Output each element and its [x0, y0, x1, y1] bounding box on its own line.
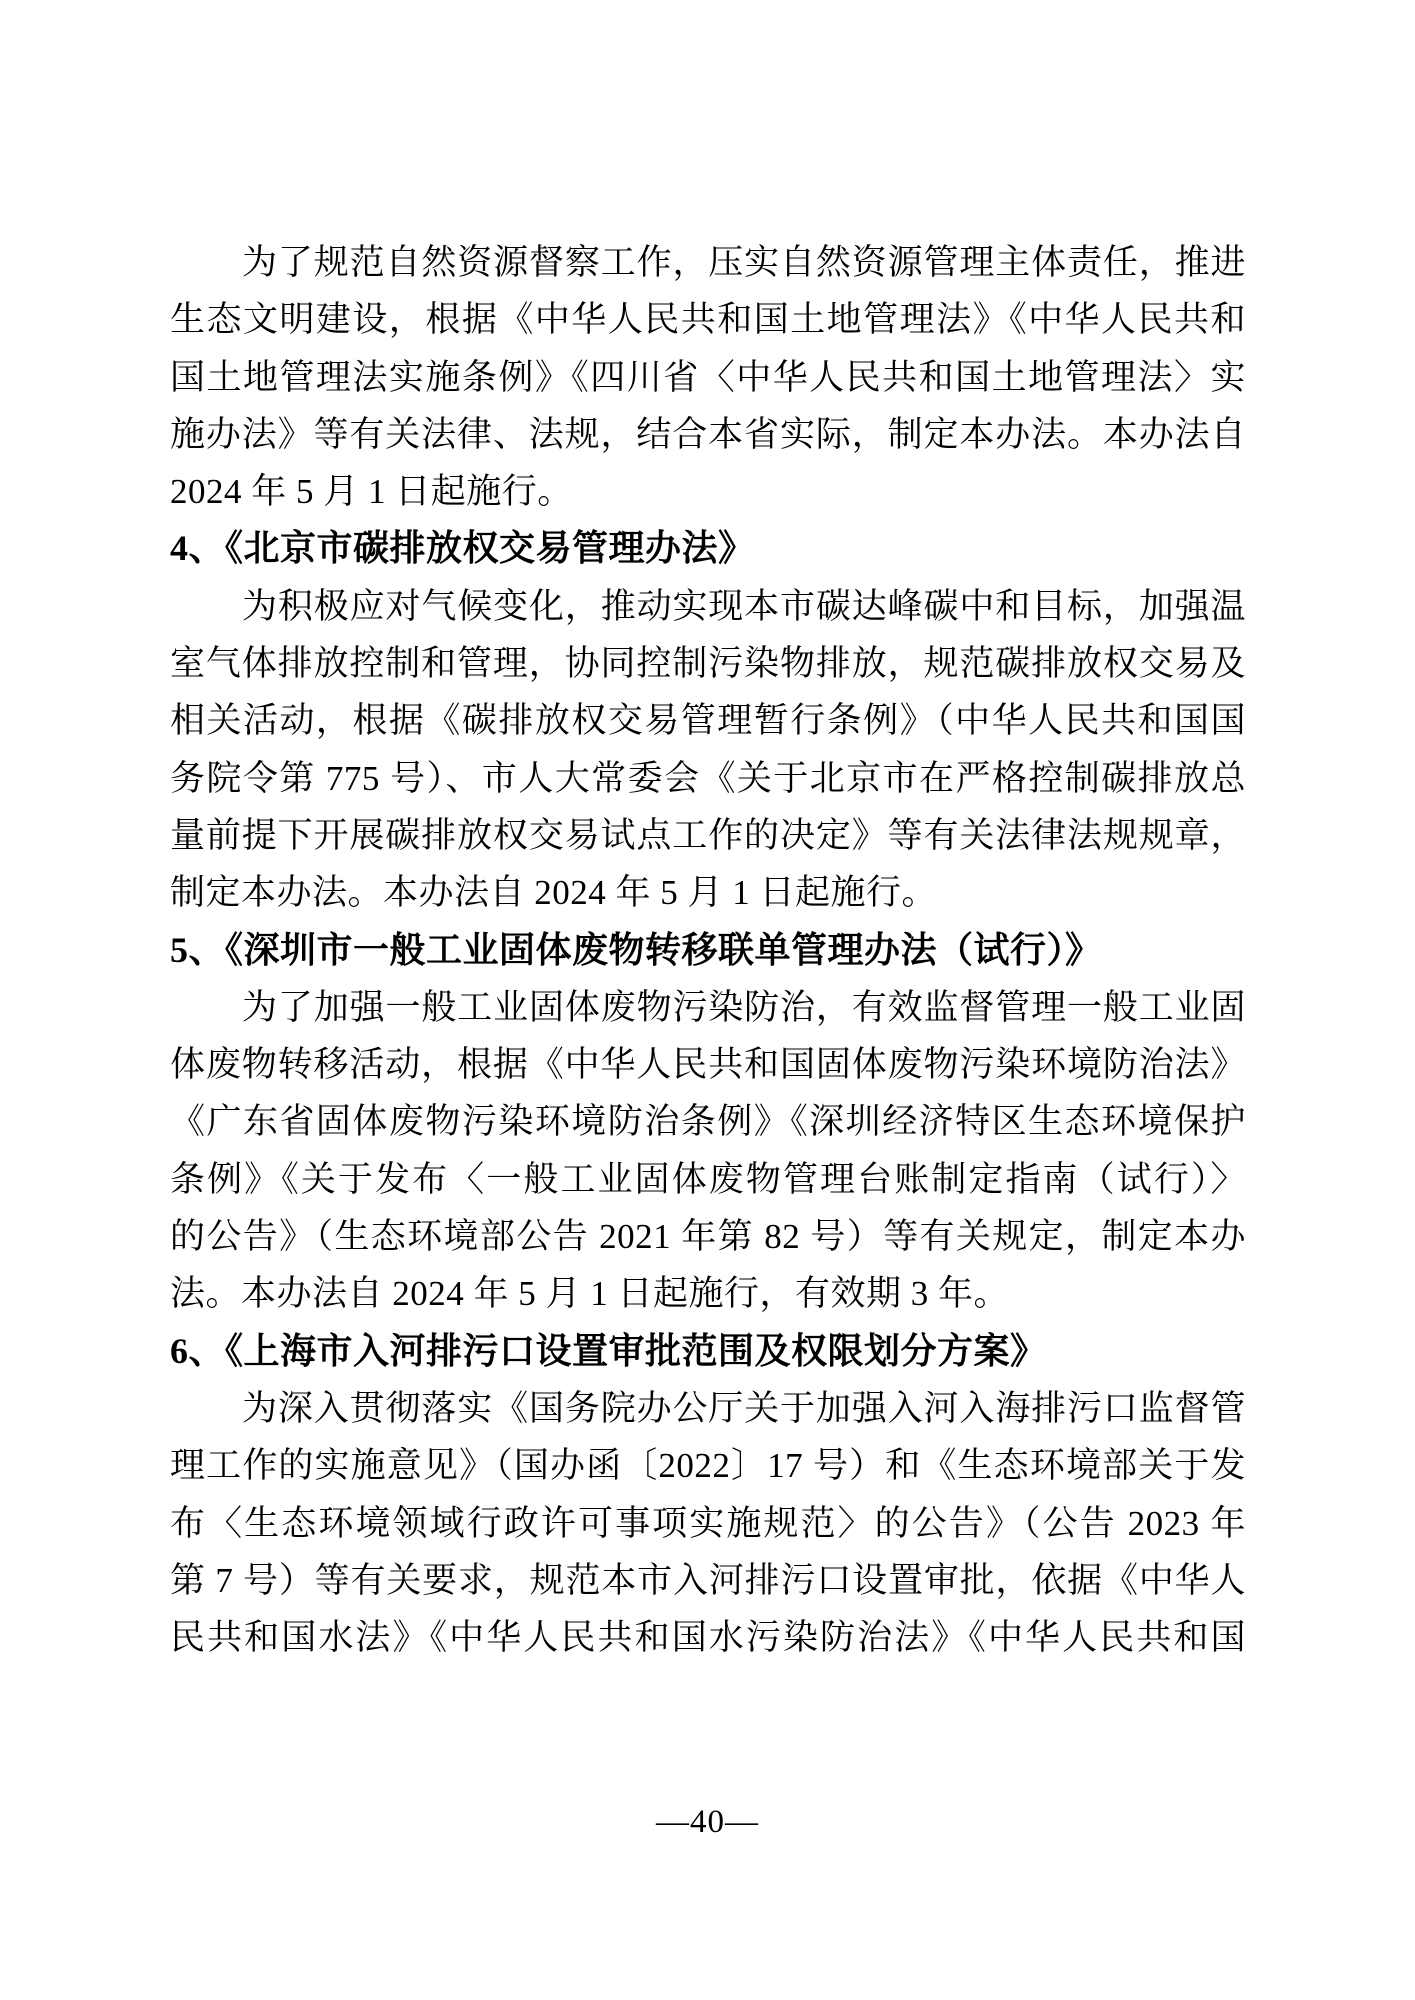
body-line: 法。本办法自 2024 年 5 月 1 日起施行，有效期 3 年。: [170, 1265, 1246, 1322]
body-line: 量前提下开展碳排放权交易试点工作的决定》等有关法律法规规章，: [170, 807, 1246, 864]
body-line: 为了规范自然资源督察工作，压实自然资源管理主体责任，推进: [170, 234, 1246, 291]
body-line: 布〈生态环境领域行政许可事项实施规范〉的公告》（公告 2023 年: [170, 1495, 1246, 1552]
body-line: 《广东省固体废物污染环境防治条例》《深圳经济特区生态环境保护: [170, 1093, 1246, 1150]
body-line: 国土地管理法实施条例》《四川省〈中华人民共和国土地管理法〉实: [170, 349, 1246, 406]
body-line: 为了加强一般工业固体废物污染防治，有效监督管理一般工业固: [170, 979, 1246, 1036]
body-line: 施办法》等有关法律、法规，结合本省实际，制定本办法。本办法自: [170, 406, 1246, 463]
section-heading-6: 6、《上海市入河排污口设置审批范围及权限划分方案》: [170, 1323, 1246, 1380]
document-page: 为了规范自然资源督察工作，压实自然资源管理主体责任，推进 生态文明建设，根据《中…: [0, 0, 1415, 2000]
body-line: 的公告》（生态环境部公告 2021 年第 82 号）等有关规定，制定本办: [170, 1208, 1246, 1265]
body-line: 室气体排放控制和管理，协同控制污染物排放，规范碳排放权交易及: [170, 635, 1246, 692]
section-heading-5: 5、《深圳市一般工业固体废物转移联单管理办法（试行）》: [170, 922, 1246, 979]
body-line: 制定本办法。本办法自 2024 年 5 月 1 日起施行。: [170, 864, 1246, 921]
body-line: 第 7 号）等有关要求，规范本市入河排污口设置审批，依据《中华人: [170, 1552, 1246, 1609]
body-line: 2024 年 5 月 1 日起施行。: [170, 463, 1246, 520]
body-line: 相关活动，根据《碳排放权交易管理暂行条例》（中华人民共和国国: [170, 692, 1246, 749]
document-body: 为了规范自然资源督察工作，压实自然资源管理主体责任，推进 生态文明建设，根据《中…: [170, 234, 1246, 1666]
body-line: 体废物转移活动，根据《中华人民共和国固体废物污染环境防治法》: [170, 1036, 1246, 1093]
body-line: 理工作的实施意见》（国办函〔2022〕17 号）和《生态环境部关于发: [170, 1437, 1246, 1494]
body-line: 为深入贯彻落实《国务院办公厅关于加强入河入海排污口监督管: [170, 1380, 1246, 1437]
section-heading-4: 4、《北京市碳排放权交易管理办法》: [170, 520, 1246, 577]
body-line: 民共和国水法》《中华人民共和国水污染防治法》《中华人民共和国: [170, 1609, 1246, 1666]
body-line: 生态文明建设，根据《中华人民共和国土地管理法》《中华人民共和: [170, 291, 1246, 348]
body-line: 为积极应对气候变化，推动实现本市碳达峰碳中和目标，加强温: [170, 578, 1246, 635]
page-number: —40—: [0, 1800, 1415, 1844]
body-line: 条例》《关于发布〈一般工业固体废物管理台账制定指南（试行）〉: [170, 1151, 1246, 1208]
body-line: 务院令第 775 号）、市人大常委会《关于北京市在严格控制碳排放总: [170, 750, 1246, 807]
